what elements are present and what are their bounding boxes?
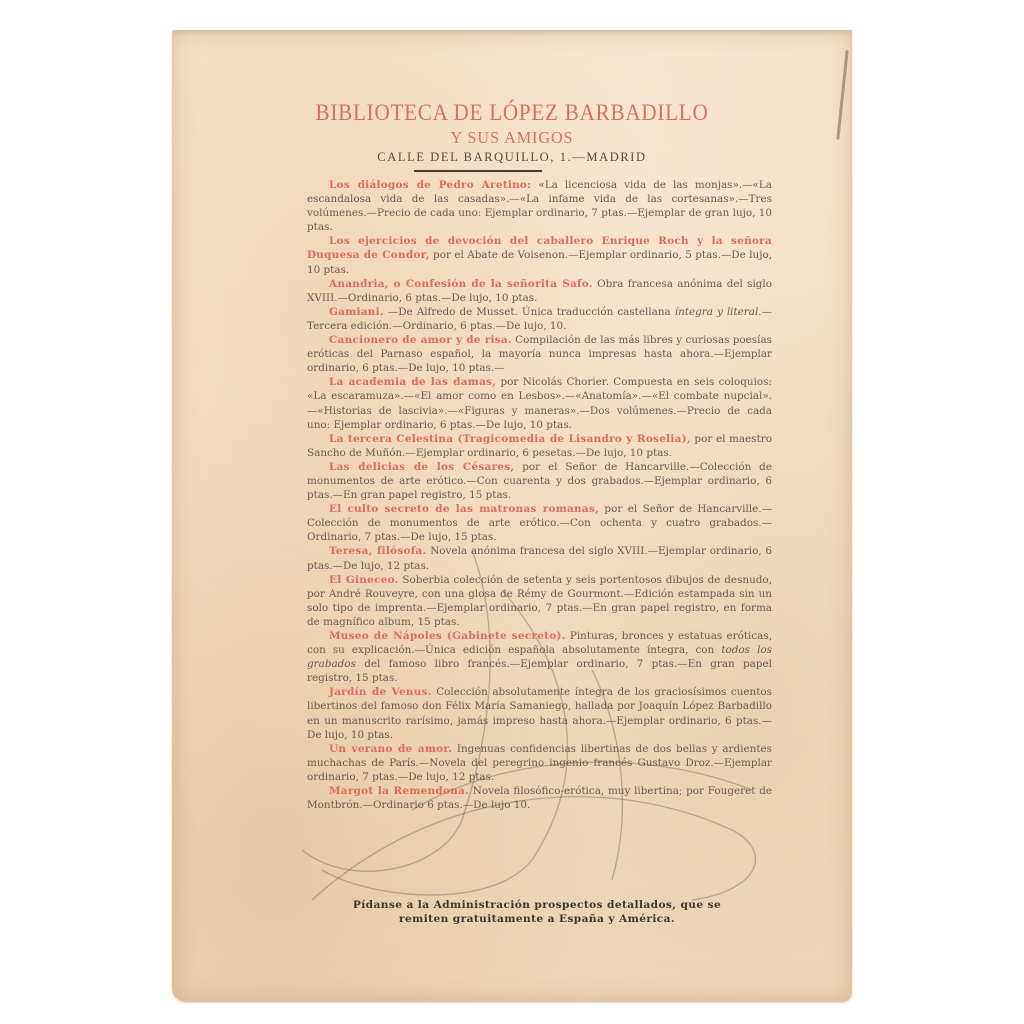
catalog-page: BIBLIOTECA DE LÓPEZ BARBADILLO Y SUS AMI…: [172, 30, 852, 1002]
footer-line-2: remiten gratuitamente a España y América…: [292, 912, 782, 926]
catalog-entry: Un verano de amor. Ingenuas confidencias…: [307, 742, 772, 784]
catalog-entry: Museo de Nápoles (Gabinete secreto). Pin…: [307, 629, 772, 685]
footer-line-1: Pídanse a la Administración prospectos d…: [292, 898, 782, 912]
catalog-entry: El culto secreto de las matronas romanas…: [307, 502, 772, 544]
catalog-entry: Las delicias de los Césares, por el Seño…: [307, 460, 772, 502]
catalog-entry: Gamiani. —De Alfredo de Musset. Única tr…: [307, 305, 772, 333]
footer-notice: Pídanse a la Administración prospectos d…: [292, 898, 782, 926]
catalog-entry: Cancionero de amor y de risa. Compilació…: [307, 333, 772, 375]
catalog-entry: Jardín de Venus. Colección absolutamente…: [307, 685, 772, 741]
entry-title: Margot la Remendona.: [329, 785, 469, 797]
publisher-address: CALLE DEL BARQUILLO, 1.—MADRID: [172, 150, 852, 165]
catalog-entry: Los diálogos de Pedro Aretino: «La licen…: [307, 178, 772, 234]
catalog-entry: Teresa, filósofa. Novela anónima frances…: [307, 544, 772, 572]
catalog-entry: Margot la Remendona. Novela filosófico-e…: [307, 784, 772, 812]
entry-title: La academia de las damas,: [329, 376, 496, 388]
catalog-entry: La tercera Celestina (Tragicomedia de Li…: [307, 432, 772, 460]
entry-title: Teresa, filósofa.: [329, 545, 426, 557]
entry-title: El culto secreto de las matronas romanas…: [329, 503, 599, 515]
catalog-entry: Los ejercicios de devoción del caballero…: [307, 234, 772, 276]
entry-title: La tercera Celestina (Tragicomedia de Li…: [329, 433, 691, 445]
entry-title: Las delicias de los Césares,: [329, 461, 514, 473]
entry-title: Gamiani.: [329, 306, 384, 318]
entry-title: Museo de Nápoles (Gabinete secreto).: [329, 630, 566, 642]
entry-title: Un verano de amor.: [329, 743, 452, 755]
entry-description: —De Alfredo de Musset. Única traducción …: [384, 306, 675, 318]
entry-description-cont: del famoso libro francés.—Ejemplar ordin…: [307, 658, 772, 684]
catalog-entry: El Gineceo. Soberbia colección de setent…: [307, 573, 772, 629]
entry-italic: íntegra y literal: [675, 306, 759, 318]
entry-title: Los diálogos de Pedro Aretino:: [329, 179, 531, 191]
page-subtitle: Y SUS AMIGOS: [189, 128, 835, 148]
entry-title: Anandria, o Confesión de la señorita Saf…: [329, 278, 593, 290]
page-title: BIBLIOTECA DE LÓPEZ BARBADILLO: [199, 100, 825, 126]
entry-title: Cancionero de amor y de risa.: [329, 334, 512, 346]
entry-title: El Gineceo.: [329, 574, 399, 586]
catalog-entry: Anandria, o Confesión de la señorita Saf…: [307, 277, 772, 305]
entry-title: Jardín de Venus.: [329, 686, 432, 698]
catalog-entry: La academia de las damas, por Nicolás Ch…: [307, 375, 772, 431]
header-divider: [414, 170, 542, 172]
catalog-list: Los diálogos de Pedro Aretino: «La licen…: [307, 178, 772, 812]
